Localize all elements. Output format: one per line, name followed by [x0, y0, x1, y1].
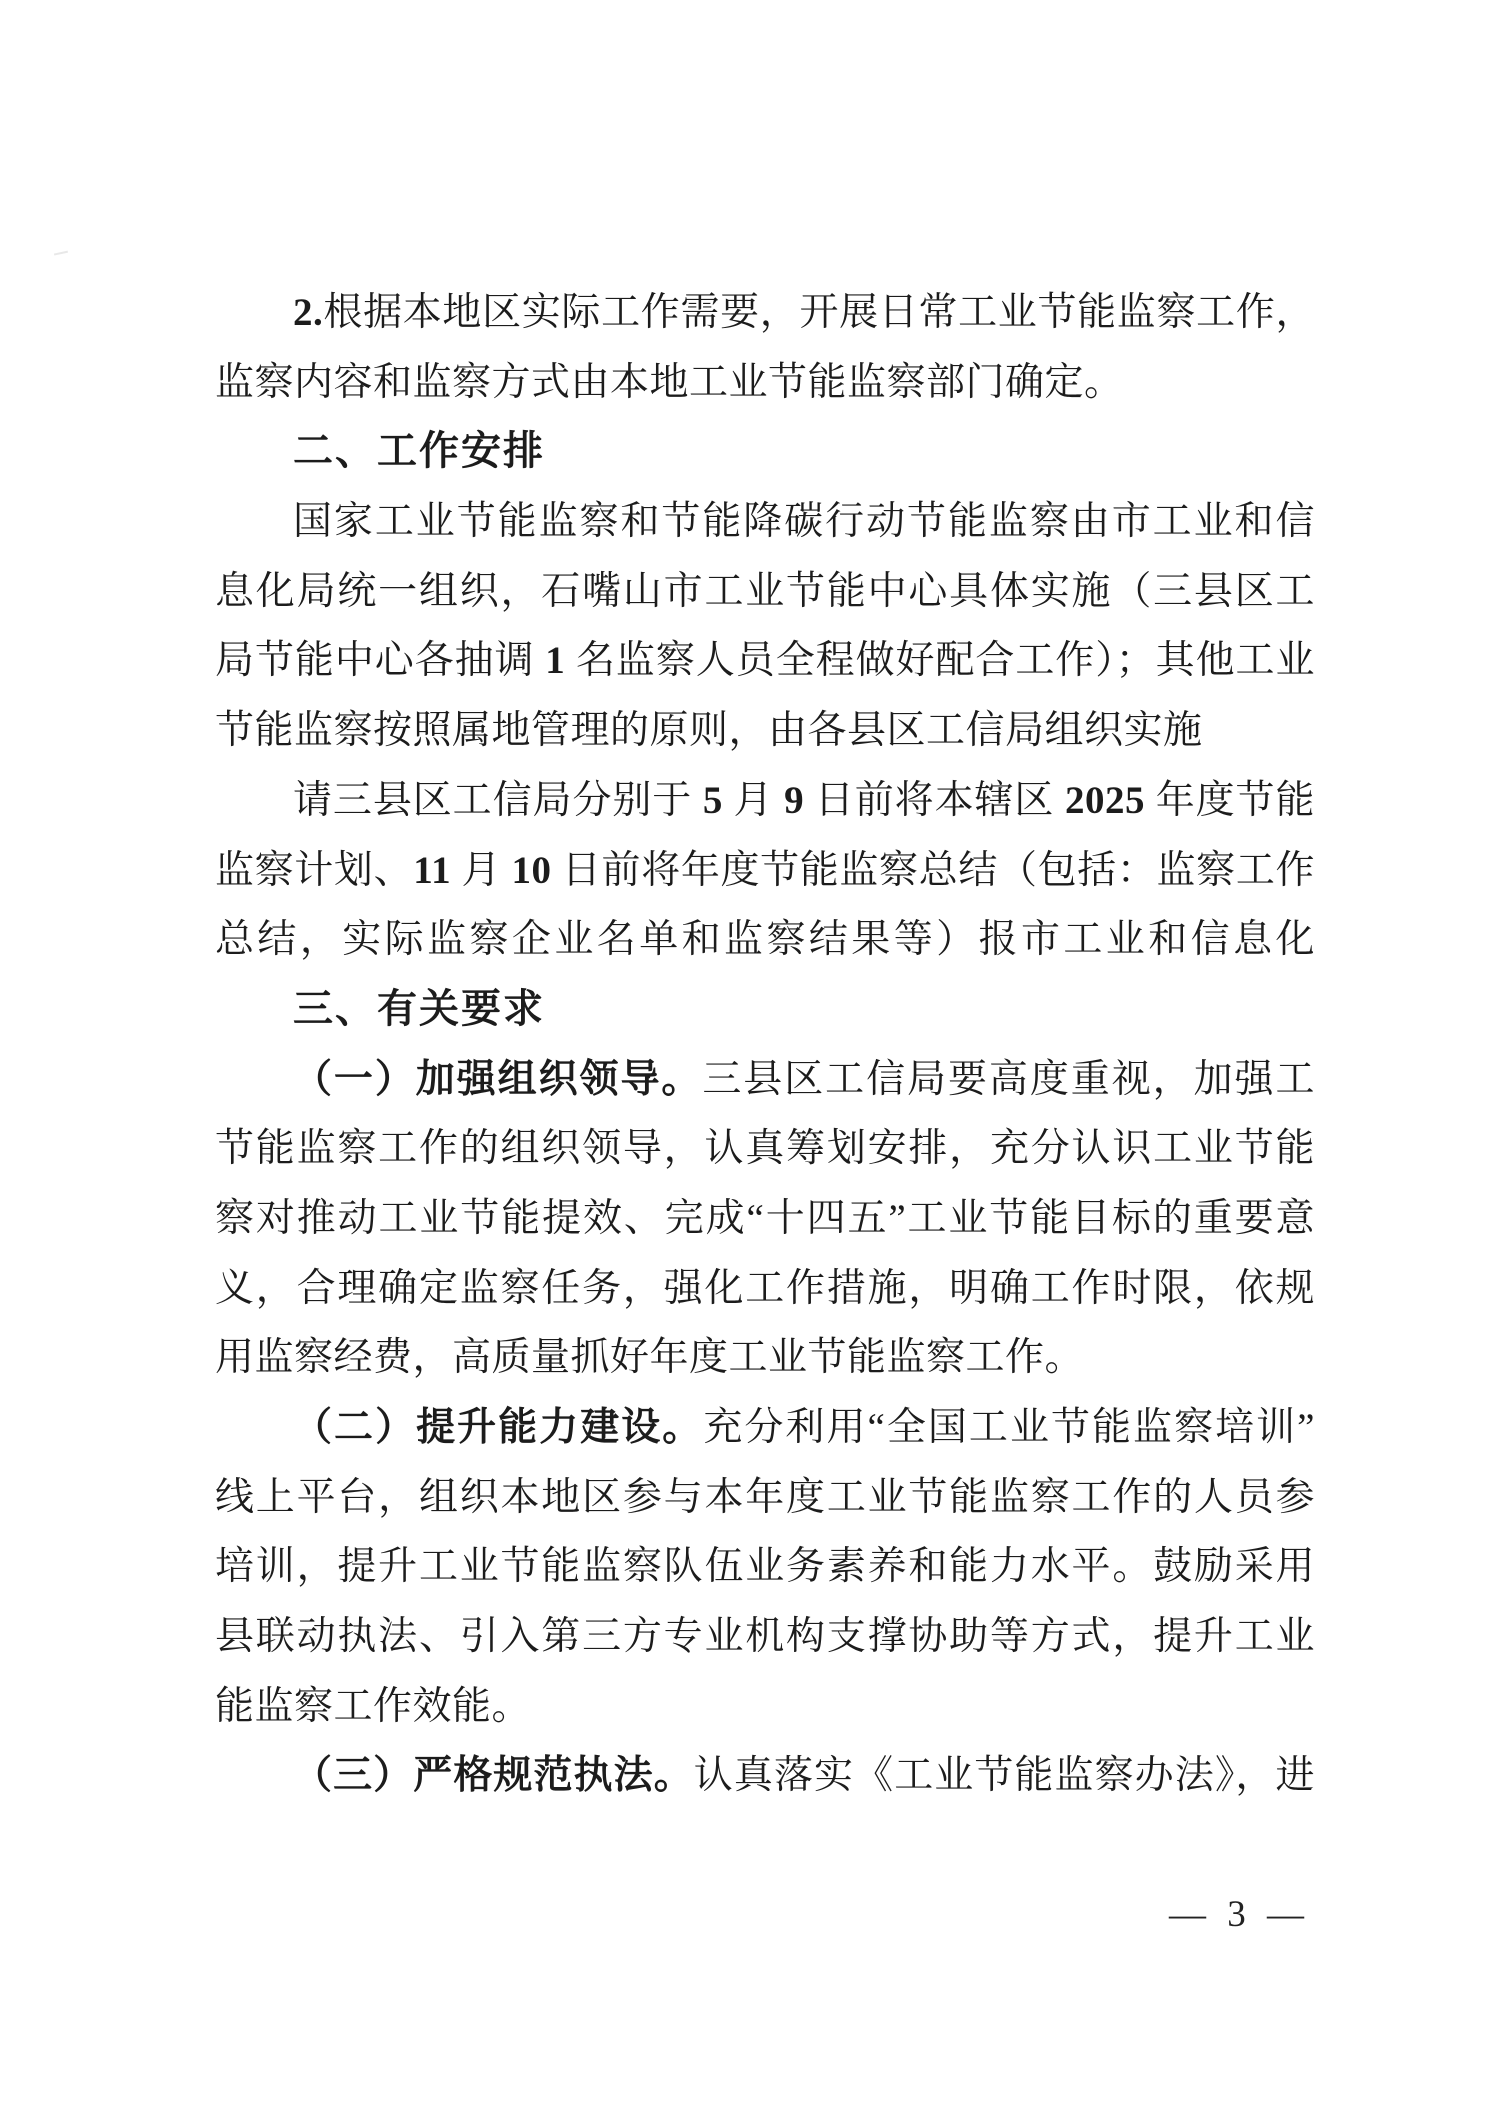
body-text: 月 — [451, 849, 511, 892]
body-text: 用监察经费，高质量抓好年度工业节能监察工作。 — [215, 1336, 1084, 1379]
body-text: 年度节能 — [1145, 779, 1315, 822]
body-text: 线上平台，组织本地区参与本年度工业节能监察工作的人员参加 — [215, 1476, 1315, 1533]
emphasized-text: （一）加强组织领导。 — [293, 1058, 702, 1101]
text-line: 监察内容和监察方式由本地工业节能监察部门确定。 — [215, 348, 1315, 418]
body-text: 月 — [723, 779, 784, 822]
text-line: 察对推动工业节能提效、完成“十四五”工业节能目标的重要意 — [215, 1184, 1315, 1254]
emphasized-text: 11 — [413, 849, 451, 892]
text-line: 总结，实际监察企业名单和监察结果等）报市工业和信息化局。 — [215, 905, 1315, 975]
body-text: 能监察工作效能。 — [215, 1685, 531, 1728]
text-line: 县联动执法、引入第三方专业机构支撑协助等方式，提升工业节 — [215, 1602, 1315, 1672]
body-text: 充分利用“全国工业节能监察培训” — [703, 1406, 1315, 1449]
document-lines: 2.根据本地区实际工作需要，开展日常工业节能监察工作，监察内容和监察方式由本地工… — [215, 278, 1315, 1811]
page-number: — 3 — — [1169, 1893, 1310, 1937]
body-text: 三、有关要求 — [293, 987, 545, 1031]
emphasized-text: （二）提升能力建设。 — [293, 1406, 703, 1449]
text-line: 息化局统一组织，石嘴山市工业节能中心具体实施（三县区工信 — [215, 557, 1315, 627]
text-line: （三）严格规范执法。认真落实《工业节能监察办法》，进 — [215, 1741, 1315, 1811]
body-text: 请三县区工信局分别于 — [293, 779, 703, 822]
text-line: 节能监察按照属地管理的原则，由各县区工信局组织实施 — [215, 696, 1315, 766]
emphasized-text: 9 — [784, 779, 804, 822]
body-text: 节能监察按照属地管理的原则，由各县区工信局组织实施 — [215, 709, 1203, 752]
document-page: 2.根据本地区实际工作需要，开展日常工业节能监察工作，监察内容和监察方式由本地工… — [0, 0, 1488, 2104]
body-text: 名监察人员全程做好配合工作）；其他工业 — [565, 639, 1315, 682]
section-heading: 三、有关要求 — [215, 975, 1315, 1045]
section-heading: 二、工作安排 — [215, 417, 1315, 487]
emphasized-text: （三）严格规范执法。 — [293, 1754, 694, 1797]
body-text: 日前将本辖区 — [804, 779, 1065, 822]
body-text: 节能监察工作的组织领导，认真筹划安排，充分认识工业节能监 — [215, 1127, 1315, 1184]
body-text: 察对推动工业节能提效、完成“十四五”工业节能目标的重要意 — [215, 1197, 1315, 1240]
body-text: 二、工作安排 — [293, 429, 545, 473]
text-line: （二）提升能力建设。充分利用“全国工业节能监察培训” — [215, 1393, 1315, 1463]
body-text: 根据本地区实际工作需要，开展日常工业节能监察工作， — [323, 291, 1315, 334]
emphasized-text: 10 — [512, 849, 552, 892]
emphasized-text: 2. — [293, 291, 323, 334]
body-text: 县联动执法、引入第三方专业机构支撑协助等方式，提升工业节 — [215, 1615, 1315, 1672]
body-text: 培训，提升工业节能监察队伍业务素养和能力水平。鼓励采用市 — [215, 1545, 1315, 1602]
body-text: 义，合理确定监察任务，强化工作措施，明确工作时限，依规使 — [215, 1267, 1315, 1324]
text-line: 监察计划、11 月 10 日前将年度节能监察总结（包括：监察工作 — [215, 836, 1315, 906]
text-line: 局节能中心各抽调 1 名监察人员全程做好配合工作）；其他工业 — [215, 626, 1315, 696]
text-line: （一）加强组织领导。三县区工信局要高度重视，加强工业 — [215, 1045, 1315, 1115]
body-text: 息化局统一组织，石嘴山市工业节能中心具体实施（三县区工信 — [215, 570, 1315, 627]
emphasized-text: 2025 — [1065, 779, 1145, 822]
emphasized-text: 1 — [545, 639, 565, 682]
text-line: 培训，提升工业节能监察队伍业务素养和能力水平。鼓励采用市 — [215, 1532, 1315, 1602]
text-line: 义，合理确定监察任务，强化工作措施，明确工作时限，依规使 — [215, 1254, 1315, 1324]
text-line: 能监察工作效能。 — [215, 1672, 1315, 1742]
body-text: 局节能中心各抽调 — [215, 639, 545, 682]
text-line: 节能监察工作的组织领导，认真筹划安排，充分认识工业节能监 — [215, 1114, 1315, 1184]
body-text: 认真落实《工业节能监察办法》，进 — [694, 1754, 1315, 1797]
body-text: 监察内容和监察方式由本地工业节能监察部门确定。 — [215, 361, 1124, 404]
body-text: 监察计划、 — [215, 849, 413, 892]
body-text: 日前将年度节能监察总结（包括：监察工作 — [552, 849, 1315, 892]
text-line: 请三县区工信局分别于 5 月 9 日前将本辖区 2025 年度节能 — [215, 766, 1315, 836]
body-text: 国家工业节能监察和节能降碳行动节能监察由市工业和信 — [293, 500, 1315, 543]
text-line: 2.根据本地区实际工作需要，开展日常工业节能监察工作， — [215, 278, 1315, 348]
emphasized-text: 5 — [703, 779, 723, 822]
scan-artifact — [54, 251, 70, 266]
text-line: 国家工业节能监察和节能降碳行动节能监察由市工业和信 — [215, 487, 1315, 557]
text-line: 用监察经费，高质量抓好年度工业节能监察工作。 — [215, 1323, 1315, 1393]
text-line: 线上平台，组织本地区参与本年度工业节能监察工作的人员参加 — [215, 1463, 1315, 1533]
body-text: 总结，实际监察企业名单和监察结果等）报市工业和信息化局。 — [215, 918, 1315, 975]
